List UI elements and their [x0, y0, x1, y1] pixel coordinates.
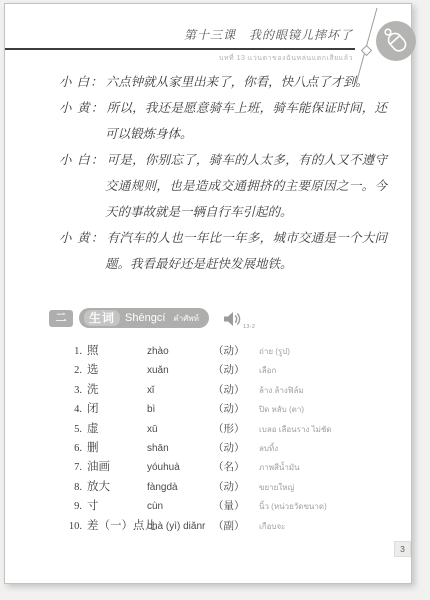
lesson-subtitle-thai: บทที่ 13 แว่นตาของฉันหล่นแตกเสียแล้ว: [219, 53, 353, 64]
vocab-number: 7.: [61, 462, 82, 473]
vocab-number: 2.: [61, 365, 82, 376]
vocab-row: 7. 油画 yóuhuà （名） ภาพสีน้ำมัน: [61, 458, 391, 477]
vocab-word: 删: [87, 439, 147, 455]
vocab-word: 闭: [87, 400, 147, 416]
speaker-icon: [223, 310, 241, 329]
section-title-thai: คำศัพท์: [173, 312, 198, 325]
vocab-word: 差（一）点儿: [87, 517, 147, 533]
audio-indicator: 13-2: [223, 310, 263, 332]
vocab-row: 5. 虚 xū （形） เบลอ เลือนราง ไม่ชัด: [61, 420, 391, 439]
header-rule: [5, 48, 355, 50]
vocab-pos: （副）: [213, 518, 259, 533]
vocab-thai: ภาพสีน้ำมัน: [259, 461, 300, 474]
vocab-thai: ขยายใหญ่: [259, 481, 294, 494]
dialogue-line: 小 黄：有汽车的人也一年比一年多，城市交通是一个大问题。我看最好还是赶快发展地铁…: [59, 225, 387, 277]
speaker-name: 小 黄：: [59, 101, 105, 115]
vocab-number: 4.: [61, 404, 82, 415]
section-header: 二 生词 Shēngcí คำศัพท์: [49, 307, 209, 329]
vocab-pinyin: chà (yì) diǎnr: [147, 521, 213, 532]
vocab-row: 10. 差（一）点儿 chà (yì) diǎnr （副） เกือบจะ: [61, 517, 391, 536]
vocab-number: 10.: [61, 521, 82, 532]
vocab-row: 8. 放大 fàngdà （动） ขยายใหญ่: [61, 478, 391, 497]
vocab-pos: （量）: [213, 498, 259, 513]
speaker-name: 小 白：: [59, 153, 105, 167]
vocab-pos: （名）: [213, 459, 259, 474]
section-title-chinese: 生词: [84, 310, 120, 326]
vocab-pinyin: fàngdà: [147, 482, 213, 493]
section-title-pinyin: Shēngcí: [125, 312, 165, 324]
dialogue-text: 六点钟就从家里出来了，你看，快八点了才到。: [106, 75, 369, 89]
vocab-number: 9.: [61, 501, 82, 512]
vocab-row: 3. 洗 xǐ （动） ล้าง ล้างฟิล์ม: [61, 381, 391, 400]
vocab-thai: ล้าง ล้างฟิล์ม: [259, 384, 304, 397]
vocab-word: 照: [87, 342, 147, 358]
section-number-badge: 二: [49, 310, 73, 327]
vocab-number: 6.: [61, 443, 82, 454]
vocab-word: 虚: [87, 420, 147, 436]
vocab-thai: ลบทิ้ง: [259, 442, 278, 455]
vocab-pinyin: xū: [147, 424, 213, 435]
vocab-pinyin: xuǎn: [147, 365, 213, 376]
vocab-row: 4. 闭 bì （动） ปิด หลับ (ตา): [61, 400, 391, 419]
lesson-title: 第十三课 我的眼镜儿摔坏了: [184, 26, 353, 43]
vocab-row: 6. 删 shān （动） ลบทิ้ง: [61, 439, 391, 458]
section-title-badge: 生词 Shēngcí คำศัพท์: [79, 308, 209, 328]
dialogue-block: 小 白：六点钟就从家里出来了，你看，快八点了才到。 小 黄：所以，我还是愿意骑车…: [59, 69, 387, 277]
vocab-word: 洗: [87, 381, 147, 397]
vocab-thai: เบลอ เลือนราง ไม่ชัด: [259, 423, 332, 436]
diamond-ornament: [362, 46, 372, 56]
vocab-number: 5.: [61, 424, 82, 435]
vocab-word: 寸: [87, 497, 147, 513]
vocab-pinyin: yóuhuà: [147, 462, 213, 473]
mouse-icon: [376, 21, 416, 61]
vocab-pinyin: shān: [147, 443, 213, 454]
vocab-number: 3.: [61, 385, 82, 396]
speaker-name: 小 白：: [59, 75, 104, 89]
vocab-pinyin: bì: [147, 404, 213, 415]
vocab-number: 1.: [61, 346, 82, 357]
dialogue-line: 小 白：可是，你别忘了，骑车的人太多，有的人又不遵守交通规则，也是造成交通拥挤的…: [59, 147, 387, 225]
vocab-thai: ถ่าย (รูป): [259, 345, 290, 358]
dialogue-line: 小 黄：所以，我还是愿意骑车上班，骑车能保证时间，还可以锻炼身体。: [59, 95, 387, 147]
dialogue-text: 所以，我还是愿意骑车上班，骑车能保证时间，还可以锻炼身体。: [105, 101, 387, 141]
dialogue-text: 可是，你别忘了，骑车的人太多，有的人又不遵守交通规则，也是造成交通拥挤的主要原因…: [105, 153, 387, 219]
vocab-thai: ปิด หลับ (ตา): [259, 403, 304, 416]
vocab-row: 1. 照 zhào （动） ถ่าย (รูป): [61, 342, 391, 361]
vocab-thai: เลือก: [259, 364, 276, 377]
vocab-pos: （形）: [213, 421, 259, 436]
audio-track-label: 13-2: [243, 324, 255, 330]
vocab-pos: （动）: [213, 479, 259, 494]
vocab-pos: （动）: [213, 440, 259, 455]
vocab-pinyin: xǐ: [147, 385, 213, 396]
vocab-number: 8.: [61, 482, 82, 493]
vocab-word: 油画: [87, 458, 147, 474]
vocab-pos: （动）: [213, 401, 259, 416]
vocab-pinyin: cùn: [147, 501, 213, 512]
vocab-thai: เกือบจะ: [259, 520, 285, 533]
vocab-thai: นิ้ว (หน่วยวัดขนาด): [259, 500, 327, 513]
vocab-word: 选: [87, 361, 147, 377]
page-number: 3: [394, 541, 411, 557]
vocab-pos: （动）: [213, 343, 259, 358]
vocab-list: 1. 照 zhào （动） ถ่าย (รูป) 2. 选 xuǎn （动） เ…: [61, 342, 391, 536]
vocab-row: 9. 寸 cùn （量） นิ้ว (หน่วยวัดขนาด): [61, 497, 391, 516]
vocab-word: 放大: [87, 478, 147, 494]
vocab-pos: （动）: [213, 382, 259, 397]
dialogue-line: 小 白：六点钟就从家里出来了，你看，快八点了才到。: [59, 69, 387, 95]
vocab-pinyin: zhào: [147, 346, 213, 357]
speaker-name: 小 黄：: [59, 231, 105, 245]
dialogue-text: 有汽车的人也一年比一年多，城市交通是一个大问题。我看最好还是赶快发展地铁。: [105, 231, 387, 271]
vocab-row: 2. 选 xuǎn （动） เลือก: [61, 361, 391, 380]
vocab-pos: （动）: [213, 362, 259, 377]
book-page: 第十三课 我的眼镜儿摔坏了 บทที่ 13 แว่นตาของฉันหล่นแ…: [4, 3, 412, 584]
